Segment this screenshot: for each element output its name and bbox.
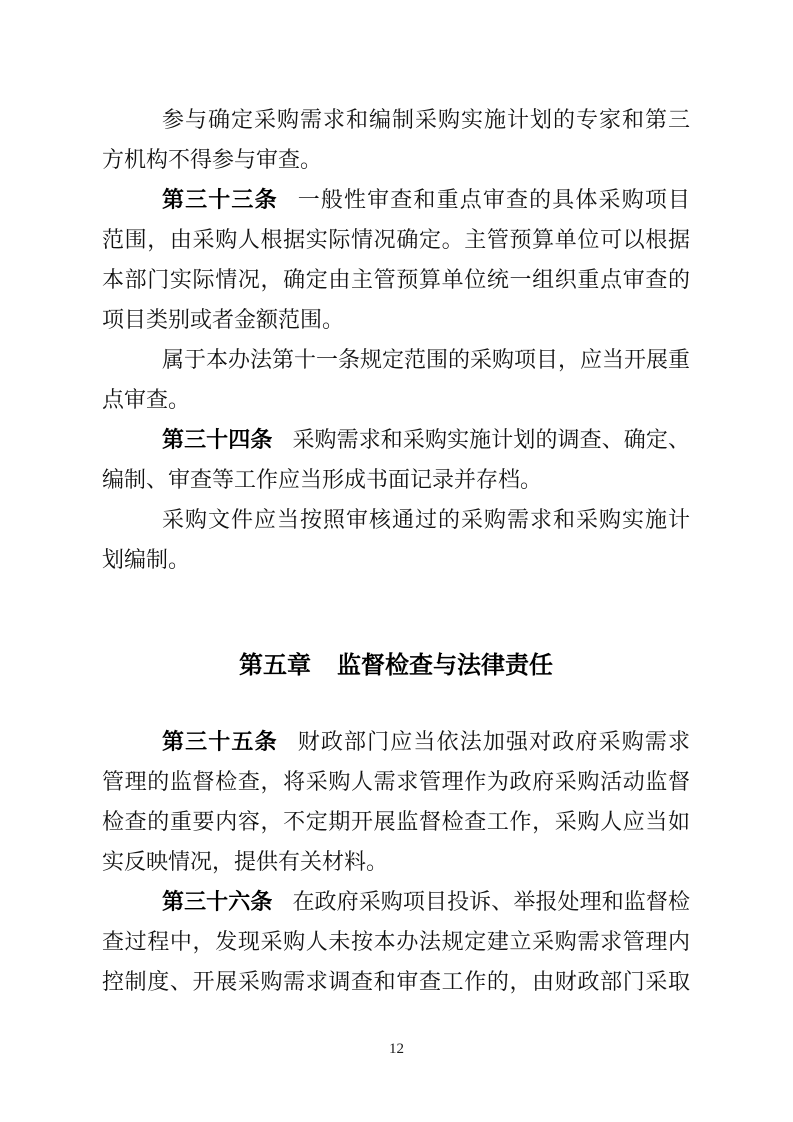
text-line-content: 划编制。 — [102, 547, 190, 572]
text-line-content: 编制、审查等工作应当形成书面记录并存档。 — [102, 467, 542, 492]
text-line: 方机构不得参与审查。 — [102, 140, 690, 180]
chapter-title: 监督检查与法律责任 — [337, 652, 553, 679]
text-line: 点审查。 — [102, 380, 690, 420]
text-line-content: 范围，由采购人根据实际情况确定。主管预算单位可以根据 — [102, 227, 690, 252]
text-line-content: 参与确定采购需求和编制采购实施计划的专家和第三 — [162, 107, 690, 132]
text-line: 属于本办法第十一条规定范围的采购项目，应当开展重 — [102, 340, 690, 380]
article-number: 第三十四条 — [162, 427, 272, 452]
chapter-heading: 第五章监督检查与法律责任 — [102, 646, 690, 686]
text-line-content: 管理的监督检查，将采购人需求管理作为政府采购活动监督 — [102, 769, 690, 794]
text-line: 第三十五条财政部门应当依法加强对政府采购需求 — [102, 722, 690, 762]
text-line: 实反映情况，提供有关材料。 — [102, 842, 690, 882]
article-number: 第三十六条 — [162, 889, 272, 914]
text-line: 第三十三条一般性审查和重点审查的具体采购项目 — [102, 180, 690, 220]
text-line: 范围，由采购人根据实际情况确定。主管预算单位可以根据 — [102, 220, 690, 260]
article-number: 第三十五条 — [162, 729, 278, 754]
text-line-content: 一般性审查和重点审查的具体采购项目 — [298, 187, 690, 212]
text-line: 项目类别或者金额范围。 — [102, 300, 690, 340]
document-page: 参与确定采购需求和编制采购实施计划的专家和第三 方机构不得参与审查。 第三十三条… — [0, 0, 793, 1122]
text-line: 本部门实际情况，确定由主管预算单位统一组织重点审查的 — [102, 260, 690, 300]
text-line: 采购文件应当按照审核通过的采购需求和采购实施计 — [102, 500, 690, 540]
text-line: 控制度、开展采购需求调查和审查工作的，由财政部门采取 — [102, 962, 690, 1002]
text-line-content: 采购需求和采购实施计划的调查、确定、 — [292, 427, 690, 452]
text-line-content: 查过程中，发现采购人未按本办法规定建立采购需求管理内 — [102, 929, 690, 954]
text-line-content: 点审查。 — [102, 387, 190, 412]
text-line-content: 检查的重要内容，不定期开展监督检查工作，采购人应当如 — [102, 809, 690, 834]
text-line-content: 项目类别或者金额范围。 — [102, 307, 344, 332]
text-line-content: 采购文件应当按照审核通过的采购需求和采购实施计 — [162, 507, 690, 532]
text-line: 查过程中，发现采购人未按本办法规定建立采购需求管理内 — [102, 922, 690, 962]
page-number: 12 — [389, 1041, 404, 1057]
text-line-content: 实反映情况，提供有关材料。 — [102, 849, 388, 874]
text-line-content: 属于本办法第十一条规定范围的采购项目，应当开展重 — [162, 347, 690, 372]
text-line: 划编制。 — [102, 540, 690, 580]
article-number: 第三十三条 — [162, 187, 278, 212]
text-line-content: 本部门实际情况，确定由主管预算单位统一组织重点审查的 — [102, 267, 690, 292]
text-line-content: 控制度、开展采购需求调查和审查工作的，由财政部门采取 — [102, 969, 690, 994]
text-line: 管理的监督检查，将采购人需求管理作为政府采购活动监督 — [102, 762, 690, 802]
text-line: 参与确定采购需求和编制采购实施计划的专家和第三 — [102, 100, 690, 140]
chapter-number: 第五章 — [239, 652, 311, 679]
page-footer: 12 — [0, 1038, 793, 1060]
text-line: 编制、审查等工作应当形成书面记录并存档。 — [102, 460, 690, 500]
text-line-content: 在政府采购项目投诉、举报处理和监督检 — [292, 889, 690, 914]
text-line: 检查的重要内容，不定期开展监督检查工作，采购人应当如 — [102, 802, 690, 842]
text-line: 第三十六条在政府采购项目投诉、举报处理和监督检 — [102, 882, 690, 922]
text-line-content: 财政部门应当依法加强对政府采购需求 — [298, 729, 690, 754]
text-line: 第三十四条采购需求和采购实施计划的调查、确定、 — [102, 420, 690, 460]
text-line-content: 方机构不得参与审查。 — [102, 147, 322, 172]
